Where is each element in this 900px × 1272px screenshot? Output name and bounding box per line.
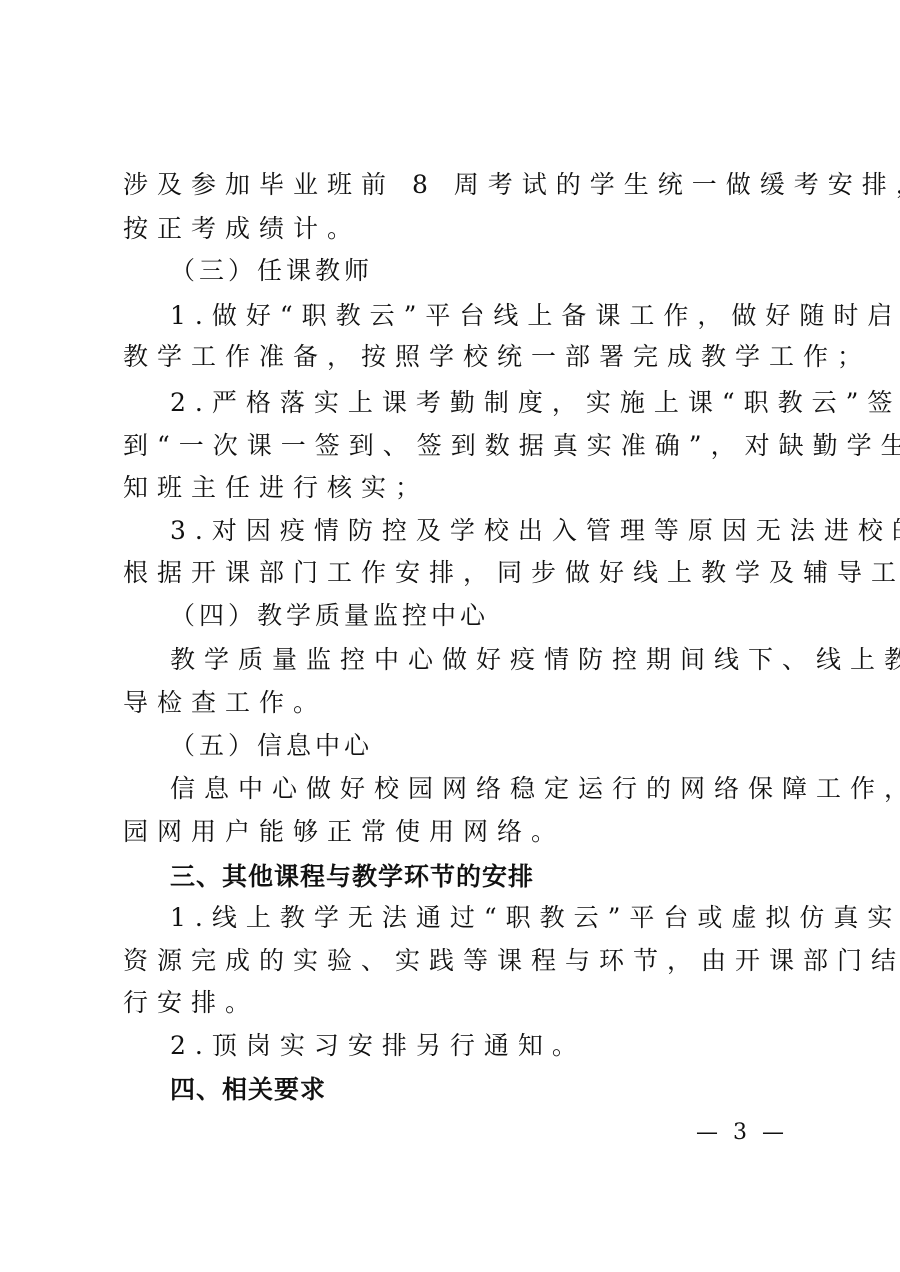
paragraph-line: 资源完成的实验、实践等课程与环节，由开课部门结合实际自: [123, 939, 779, 982]
section-heading-4: 四、相关要求: [170, 1068, 779, 1111]
paragraph-line: 到“一次课一签到、签到数据真实准确”，对缺勤学生及时告: [123, 424, 779, 467]
section-subheading-5: （五）信息中心: [170, 724, 779, 767]
paragraph-line: 按正考成绩计。: [123, 207, 779, 250]
paragraph-line: 园网用户能够正常使用网络。: [123, 810, 779, 853]
paragraph-line: 信息中心做好校园网络稳定运行的网络保障工作，确保校: [170, 767, 779, 810]
section-heading-3: 三、其他课程与教学环节的安排: [170, 855, 779, 898]
paragraph-line: 教学质量监控中心做好疫情防控期间线下、线上教学的督: [170, 638, 779, 681]
page-number: — 3 —: [696, 1115, 776, 1151]
paragraph-line: 知班主任进行核实；: [123, 466, 779, 509]
document-page: 涉及参加毕业班前 8 周考试的学生统一做缓考安排，缓考成绩 按正考成绩计。 （三…: [0, 0, 900, 1272]
paragraph-line: 导检查工作。: [123, 681, 779, 724]
paragraph-line: 2.顶岗实习安排另行通知。: [170, 1024, 779, 1067]
paragraph-line: 根据开课部门工作安排，同步做好线上教学及辅导工作。: [123, 551, 779, 594]
paragraph-line: 2.严格落实上课考勤制度，实施上课“职教云”签到，做: [170, 381, 779, 424]
paragraph-line: 1.线上教学无法通过“职教云”平台或虚拟仿真实验教学: [170, 896, 779, 939]
section-subheading-3: （三）任课教师: [170, 249, 779, 292]
paragraph-line: 1.做好“职教云”平台线上备课工作，做好随时启动线上: [170, 294, 779, 337]
paragraph-line: 行安排。: [123, 981, 779, 1024]
paragraph-line: 涉及参加毕业班前 8 周考试的学生统一做缓考安排，缓考成绩: [123, 163, 779, 206]
section-subheading-4: （四）教学质量监控中心: [170, 594, 779, 637]
paragraph-line: 教学工作准备，按照学校统一部署完成教学工作；: [123, 335, 779, 378]
paragraph-line: 3.对因疫情防控及学校出入管理等原因无法进校的学生，: [170, 509, 779, 552]
